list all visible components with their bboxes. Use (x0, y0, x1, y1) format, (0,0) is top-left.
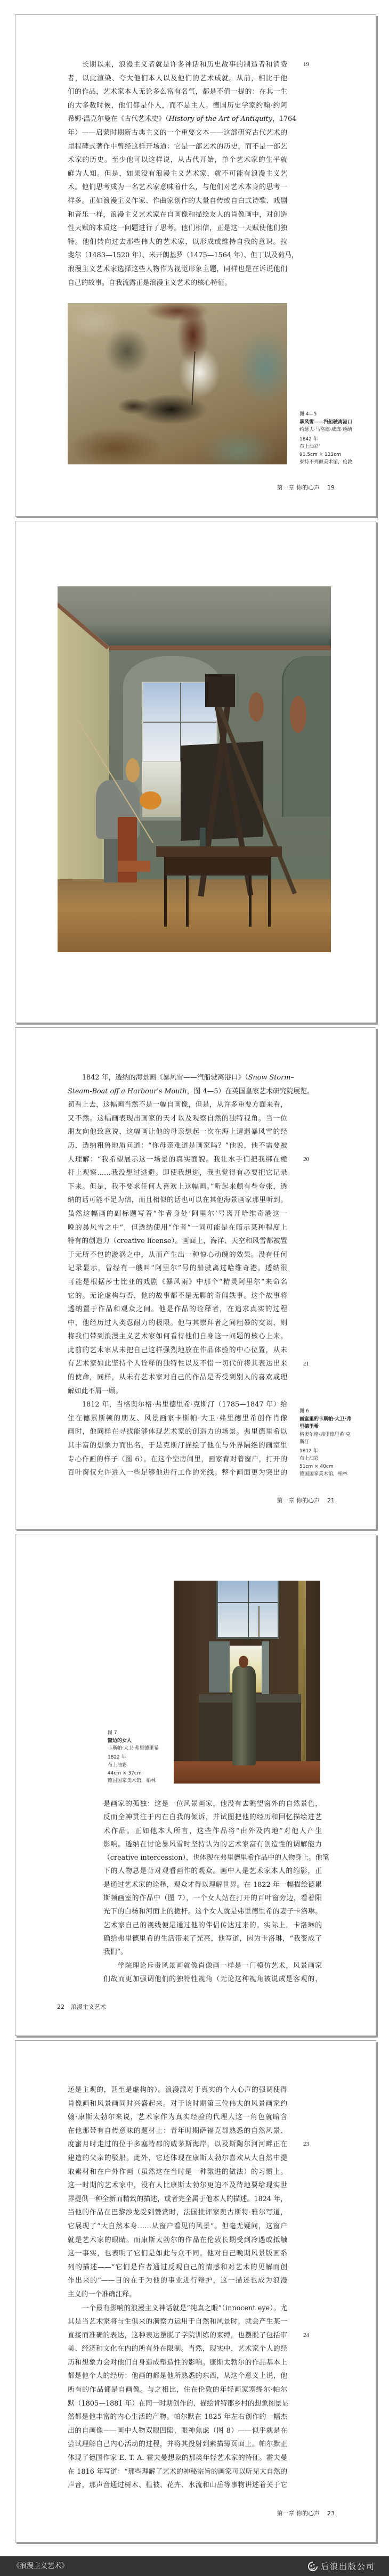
text-line: 历，透纳粗鲁地质问道：“你母亲难道是画家吗？”他说，他不需要被 (68, 1139, 287, 1153)
bottom-bar: 《浪漫主义艺术》 后浪出版公司 (0, 2556, 389, 2576)
easel-top (205, 674, 235, 707)
text-line: 中，他经历过人类忍耐力的极限。他与其崇拜者之间粗暴的交谈，则 (68, 1316, 287, 1330)
figure-size: 44cm × 37cm (108, 1770, 159, 1778)
text-line: 年）——启蒙时期新古典主义的一个重要文本——这部研究古代艺术的 (68, 126, 287, 140)
figure-year: 1812 年 (299, 1448, 355, 1455)
text-line: 直接而准确的表达，这种表达摆脱了学院训练的束缚，也摆脱了包括审 (68, 2329, 287, 2343)
figure-artist: 卡斯帕·大卫·弗里德里希 (108, 1745, 159, 1753)
text-line: 斐尔（1483—1520 年）、米开朗基罗（1475—1564 年）、但丁以及荷… (68, 249, 287, 263)
chair-seat (118, 861, 151, 872)
text-line: 然都是他丰富的内心生活的产物。帕尔默在 1825 年左右创作的一幅杰 (68, 2410, 287, 2424)
painting-snow-storm (68, 303, 287, 464)
text-line: 其丰富的想象力而出名，于是克斯汀描绘了他在与外界隔绝的画室里 (68, 1439, 287, 1453)
hanging-palette (249, 692, 264, 722)
text-line: 体现了德国作家 E. T. A. 霍夫曼想象的那类年轻艺术家的特征。霍夫曼 (68, 2451, 287, 2465)
footer-chapter: 第一章 你的心声 (277, 2510, 320, 2517)
footer-chapter: 第一章 你的心声 (277, 1497, 320, 1504)
footer-book-title: 浪漫主义艺术 (71, 2003, 106, 2010)
margin-page-number: 19 (303, 58, 309, 72)
text-line: 默（1805—1881 年）在同一时期创作的、描绘肯特郡乡村的想象图景显 (68, 2397, 287, 2411)
text-line: 反而全神贯注于内在自我的倾诉，并试图把他的经历和回忆描绘进艺 (103, 1811, 322, 1824)
doorway-arch (282, 656, 331, 817)
text-line: 历和想象力会对他们自身造成塑造性的影响。康斯太勃尔的作品基本上 (68, 2356, 287, 2370)
shutter-right (262, 1641, 269, 1694)
shutter-left (209, 1641, 230, 1692)
text-line: 这一时期的艺术家中，没有人比康斯太勃尔更迫不及待地要给现实世 (68, 2179, 287, 2193)
figure-number: 图 4—5 (299, 411, 352, 419)
text-line: 住在德累斯顿的朋友、风景画家卡斯帕·大卫·弗里德里希创作肖像 (68, 1412, 287, 1426)
text-line: 斯顿画室的作品中（图 7），一个女人站在打开的百叶窗旁边，看着阳 (103, 1892, 322, 1905)
text-line: 者，以此渲染、夸大他们本人以及他们的艺术成就。从前，相比于他 (68, 72, 287, 86)
text-line: 人理解：“我希望展示这一场景的真实面貌。我让水手们把我绑在桅 (68, 1153, 287, 1167)
text-line: 光下的白杨和河面上的桅杆。这个女人就是弗里德里希的妻子卡洛琳。 (103, 1905, 322, 1918)
text-line: 它展现了“大自然本身……从窗户看见的风景”。但毫无疑问，这窗户 (68, 2220, 287, 2234)
text-line: 的使命，同样，从未有艺术家对自己的作品是否受到别人的喜欢或理 (68, 1371, 287, 1385)
figure-caption: 图 4—5 暴风雪——汽船驶离港口 约瑟夫·马洛德·威廉·透纳 1842 年 布… (299, 411, 352, 467)
text-line: 们故而更加强调他们的独特性视角（无论这种视角被说成是客观的， (103, 1973, 322, 1986)
text-line: 界提供一种全新而精致的描述，或者完全属于他本人的描述。1824 年， (68, 2193, 287, 2206)
text-line: 1842 年，透纳的海景画《暴风雪——汽船驶离港口》（Snow Storm– (68, 1071, 287, 1085)
text-line: 术家的历史。至少他可以这样说，从古代开始，单个艺术家的生平就 (68, 153, 287, 167)
figure-size: 91.5cm × 122cm (299, 451, 352, 459)
text-line: 所有的作品都是自画像。与之相比，住在伦敦的年轻画家塞缪尔·帕尔 (68, 2383, 287, 2397)
painter-head (126, 758, 140, 782)
body-text: 1842 年，透纳的海景画《暴风雪——汽船驶离港口》（Snow Storm– S… (68, 1071, 287, 1480)
painting-friedrich-in-studio (58, 586, 331, 952)
figure-medium: 布上油彩 (108, 1762, 159, 1770)
text-line: 和音乐一样，浪漫主义艺术家在自画像和描绘友人的肖像画中，对创造 (68, 208, 287, 222)
text-line: 还是主观的，甚至是虚构的）。浪漫派对于真实的个人心声的强调使得 (68, 2083, 287, 2097)
footer-chapter: 第一章 你的心声 (277, 484, 320, 491)
figure-title: 画室里的卡斯帕·大卫·弗里德里希 (299, 1416, 355, 1431)
text-line: 这一事实，也表明了它们是如此与众不同。他对自己晚期风景版画系 (68, 2247, 287, 2261)
text-line: 术。他们思考成为一名艺术家意味着什么，与他们对艺术本身的思考一 (68, 181, 287, 194)
woman-head (239, 1656, 248, 1668)
footer-page-number: 22 (57, 2003, 64, 2010)
text-line: 希姆·温克尔曼在《古代艺术史》（History of the Art of An… (68, 112, 287, 126)
floor (58, 879, 331, 952)
margin-page-number: 20 (303, 1153, 309, 1167)
figure-location: 德国国家美术馆，柏林 (108, 1777, 159, 1785)
held-palette (140, 791, 161, 809)
footer-page-number: 21 (327, 1497, 335, 1504)
text-line: 1812 年，当格奥尔格·弗里德里希·克斯汀（1785—1847 年）给 (68, 1398, 287, 1412)
text-line: 确给弗里德里希的生活带来了光亮，他写道，因为卡洛琳，“我变成了 (103, 1932, 322, 1945)
margin-page-number: 24 (303, 2329, 309, 2343)
painting-woman-at-window (174, 1581, 320, 1784)
text-line: 在他那带有自传意味的题材上：青年时期萨福克郡熟悉的自然风景、 (68, 2124, 287, 2138)
text-line: 其是当艺术家将与生俱来的洞察力运用于自然和风景时，就会产生某一 (68, 2315, 287, 2329)
text-line: 长期以来，浪漫主义者就是许多神话和历史故事的制造者和消费 (68, 58, 287, 72)
text-line: 美、经济和文化在内的所有外在限制。当然，现实中，艺术家个人的经 (68, 2342, 287, 2356)
text-segment: 1842 年，透纳的海景画《暴风雪——汽船驶离港口》（ (82, 1074, 248, 1082)
text-line: 解如此不屑一顾。 (68, 1385, 287, 1399)
text-line: 它的。无论虚构与否，他的故事都不是无聊的奇闻轶事。这个故事将 (68, 1289, 287, 1303)
text-line: （creative intercession），也体现在弗里德里希作品中的人物身… (103, 1851, 322, 1864)
figure-caption: 图 6 画室里的卡斯帕·大卫·弗里德里希 格奥尔格·弗里德里希·克斯汀 1812… (299, 1408, 355, 1478)
text-line: 下来。但是，我不要求任何人喜欢上这幅画。”听起来颇有些夸张，透 (68, 1180, 287, 1194)
text-line: 就是艺术家的眼睛。而康斯太勃尔的作品在伦敦长期受到冷遇或抵触 (68, 2234, 287, 2247)
text-line: 记录显示，曾经有一艘叫“阿里尔”号的船驶离过哈维奇港。透纳很 (68, 1262, 287, 1275)
window-muntin (248, 1581, 249, 1637)
table-leg (164, 876, 167, 927)
text-line: 肖像画和风景画同时兴盛起来。对于该时期第三位伟大的风景画家约 (68, 2097, 287, 2111)
margin-page-number: 21 (303, 1357, 309, 1371)
text-line: 百叶窗仅允许进入一些足够他进行工作的光线。整个画面更为突出的 (68, 1466, 287, 1480)
text-line: 是画家的孤独：这是一位风景画家，他没有去眺望窗外的自然景色， (103, 1797, 322, 1811)
page-footer: 第一章 你的心声19 (277, 484, 335, 492)
text-line: Steam-Boat off a Harbour's Mouth，图 4—5）在… (68, 1085, 287, 1099)
book-page-21: 1842 年，透纳的海景画《暴风雪——汽船驶离港口》（Snow Storm– S… (15, 1027, 376, 1530)
text-line: 专心作画的样子（图 6）。在这个空房间里，画家背对着窗户，打开的 (68, 1453, 287, 1467)
text-line: 翰·康斯太勃尔来说，艺术家作为真实经验的代理人这一角色就暗含 (68, 2111, 287, 2124)
text-line: 度蜜月时走过的位于多塞特郡的威茅斯海岸，以及斯陶尔河河畔正在 (68, 2138, 287, 2152)
figure-location: 泰特不列颠美术馆，伦敦 (299, 459, 352, 467)
text-line: 都是他个人的经历：他画的都是他所熟悉的东西，从这个意义上说，他 (68, 2369, 287, 2383)
italic-artwork-title: Steam-Boat off a Harbour's Mouth (68, 1087, 187, 1095)
figure-artist: 约瑟夫·马洛德·威廉·透纳 (299, 426, 352, 434)
page-footer: 第一章 你的心声23 (277, 2509, 335, 2518)
text-line: 鲜为人知。但是，如果没有浪漫主义艺术家，就不可能有浪漫主义艺 (68, 167, 287, 181)
ship-mast (191, 351, 195, 405)
body-text: 长期以来，浪漫主义者就是许多神话和历史故事的制造者和消费 者，以此渲染、夸大他们… (68, 58, 287, 290)
wave-logo-icon (307, 2561, 318, 2572)
text-line: 此前的艺术家从未把自己这样强烈地放在作品体验的中心位置，从未 (68, 1344, 287, 1357)
figure-number: 图 6 (299, 1408, 355, 1416)
text-line: 当他的作品在巴黎沙龙受到赞赏时，法国批评家奥古斯特·雅尔写道， (68, 2206, 287, 2220)
text-line: 将我们带到浪漫主义艺术家如何看待他们自身这一问题的核心上来。 (68, 1330, 287, 1344)
text-line: 浪漫主义艺术家选择这些人物作为视觉形象主题，同样也是在诉说他们 (68, 263, 287, 276)
boat-mast (258, 1606, 260, 1638)
text-line: 特有的创造力（creative license）。画面上，海洋、天空和风雪都被置 (68, 1234, 287, 1248)
text-line: 杆上观察……我没想过逃避。即使我想逃，我也觉得有必要把它记录 (68, 1166, 287, 1180)
text-line: 艺术家自己的视线便是通过他的伴侣传达过来的。实际上，卡洛琳的 (103, 1919, 322, 1932)
woman-figure (232, 1666, 256, 1765)
margin-page-number: 23 (303, 2138, 309, 2152)
text-line: 作出来的”——目的在于为他的事业进行辩护，这一描述也成为浪漫 (68, 2274, 287, 2288)
text-line: 特。他们转向过去那些伟大的艺术家，以形成或维持自我的意识。拉 (68, 235, 287, 249)
text-line: 在 1816 年写道：“那些理解了艺术的神秘宗旨的画家可以听见大自然的 (68, 2465, 287, 2479)
text-line: 透纳置于作品和观众之间。他是作品的诠释者，在追求真实的过程 (68, 1303, 287, 1316)
text-line: 列的描述——“它们是作者通过反观自己的情感和对艺术的见解而创 (68, 2261, 287, 2275)
text-line: 初看上去，这幅画当然不是一幅自画像，但是，从许多重要方面来看， (68, 1098, 287, 1112)
page-footer: 第一章 你的心声21 (277, 1496, 335, 1505)
text-line: 一个最有影响的浪漫主义神话就是“纯真之眼”（innocent eye）。尤 (68, 2302, 287, 2316)
publisher-logo[interactable]: 后浪出版公司 (307, 2560, 375, 2572)
body-text: 是画家的孤独：这是一位风景画家，他没有去眺望窗外的自然景色， 反而全神贯注于内在… (103, 1797, 322, 1986)
text-line: 有艺术家如此坚持个人诠释的独特性以及不惜一切代价将其表达出来 (68, 1357, 287, 1371)
text-line: 术作品。正如他本人所言，这些作品将“由外及内地”对他人产生 (103, 1825, 322, 1838)
text-line: 于无所不包的漩涡之中，从而产生出一种惊心动魄的效果。没有任何 (68, 1248, 287, 1262)
figure-title: 窗边的女人 (108, 1737, 159, 1745)
book-page-plate (15, 521, 376, 1023)
text-line: 主义的一个准确注释。 (68, 2288, 287, 2302)
text-line: 里程碑式著作中曾经这样开场道：它是一部艺术的历史，而不是一部艺 (68, 140, 287, 154)
table-top (156, 846, 282, 857)
book-page-22: 图 7 窗边的女人 卡斯帕·大卫·弗里德里希 1822 年 布上油彩 44cm … (15, 1534, 376, 2036)
text-line: 下的人物总是背对观看画作的观众。画中人是艺术家本人的缩影，正 (103, 1864, 322, 1878)
text-line: 可能是根据莎士比亚的戏剧《暴风雨》中那个“精灵阿里尔”来命名 (68, 1275, 287, 1289)
publisher-name: 后浪出版公司 (321, 2561, 375, 2572)
text-line: 取素材和在户外作画（虽然这在当时是一种激进的做法）的习惯上。 (68, 2165, 287, 2179)
figure-medium: 布上油彩 (299, 443, 352, 451)
book-title: 《浪漫主义艺术》 (13, 2562, 68, 2571)
text-line: 建造的父亲的驳船。此外，它还体现在康斯太勃尔喜欢从大自然中提 (68, 2152, 287, 2165)
text-segment: ，图 4—5）在英国皇家艺术研究院展览。 (187, 1087, 314, 1095)
text-line: 朋友向他致意说，这幅画让他的母亲想起一次在海上遭遇暴风雪的经 (68, 1125, 287, 1139)
text-line: 自己的故事。自我流露正是浪漫主义艺术的核心特征。 (68, 276, 287, 290)
page-footer: 22浪漫主义艺术 (57, 2003, 106, 2011)
text-line: 样多。正如浪漫主义作家、作曲家创作的大量自传或自白式诗歌、戏剧 (68, 194, 287, 208)
text-segment: ，1764 (272, 115, 296, 123)
text-line: 晚的暴风雪之中”，但透纳使用“作者”一词可能是在暗示某种程度上 (68, 1221, 287, 1235)
text-line: 们的作品，艺术家本人无论多么富有名气，都是不值一提的：在其一生 (68, 85, 287, 99)
text-line: 画时，他同样在寻找能够体现艺术家的创造力的场景。弗里德里希以 (68, 1425, 287, 1439)
text-line: 又不然。这幅画表现出画家的天才以及观察自然的独特视角。当一位 (68, 1112, 287, 1126)
text-line: 我们”。 (103, 1945, 322, 1959)
table-leg (186, 876, 189, 927)
figure-year: 1822 年 (108, 1754, 159, 1762)
italic-artwork-title: Snow Storm– (248, 1074, 294, 1082)
body-text: 还是主观的，甚至是虚构的）。浪漫派对于真实的个人心声的强调使得 肖像画和风景画同… (68, 2083, 287, 2492)
window-muntin (143, 722, 216, 723)
text-line: 性天赋的本质这一问题进行了思考。他们相信，正是这一天赋使他们独 (68, 222, 287, 235)
bottle (200, 828, 206, 846)
figure-caption: 图 7 窗边的女人 卡斯帕·大卫·弗里德里希 1822 年 布上油彩 44cm … (108, 1729, 159, 1785)
figure-size: 51cm × 40cm (299, 1463, 355, 1471)
figure-number: 图 7 (108, 1729, 159, 1737)
text-segment: 希姆·温克尔曼在《古代艺术史》（ (68, 115, 169, 123)
table-leg (249, 876, 252, 927)
footer-page-number: 19 (327, 484, 335, 491)
text-line: 学院理论斥责风景画就像肖像画一样是一门模仿艺术，风景画家 (103, 1959, 322, 1973)
hanging-palette (290, 696, 306, 733)
figure-year: 1842 年 (299, 436, 352, 444)
figure-medium: 布上油彩 (299, 1455, 355, 1463)
text-line: 尝试理解自己内心活动的过程，并将其投射到素描簿页面上。帕尔默正 (68, 2438, 287, 2451)
text-line: 纳的话可能不足为信，而且相似的话也可以在其他海景画家那里听到。 (68, 1193, 287, 1207)
text-line: 虽然这幅画的副标题写着“作者身处‘阿里尔’号离开哈维奇港这一 (68, 1207, 287, 1221)
text-line: 出的自画像——画中人物双眼凹陷、眼神焦虑（图 8）——似乎就是在 (68, 2424, 287, 2438)
italic-book-title: History of the Art of Antiquity (169, 115, 272, 123)
figure-location: 德国国家美术馆，柏林 (299, 1470, 355, 1478)
text-line: 声音，那声音通过树木、植被、花卉、水流和山岳等事物讲述着关于它 (68, 2479, 287, 2492)
cornice (109, 645, 331, 650)
text-line: 影响。透纳在讨论暴风雪时坚持认为的艺术家富有创造性的调解能力 (103, 1838, 322, 1851)
book-page-19: 长期以来，浪漫主义者就是许多神话和历史故事的制造者和消费 者，以此渲染、夸大他们… (15, 14, 376, 517)
book-page-23: 还是主观的，甚至是虚构的）。浪漫派对于真实的个人心声的强调使得 肖像画和风景画同… (15, 2040, 376, 2542)
window-muntin (218, 1602, 278, 1603)
upper-window (216, 1581, 279, 1639)
figure-artist: 格奥尔格·弗里德里希·克斯汀 (299, 1431, 355, 1446)
table-leg (268, 876, 271, 927)
text-line: 的大多数时候，他们都是仆人，而不是主人。德国历史学家约翰·约阿 (68, 99, 287, 113)
footer-page-number: 23 (327, 2510, 335, 2517)
text-line: 是通过艺术家的诠释，观众才得以理解世界。在 1822 年一幅描绘德累 (103, 1878, 322, 1892)
chair-back (118, 817, 137, 883)
figure-title: 暴风雪——汽船驶离港口 (299, 419, 352, 427)
table-body (164, 857, 271, 875)
